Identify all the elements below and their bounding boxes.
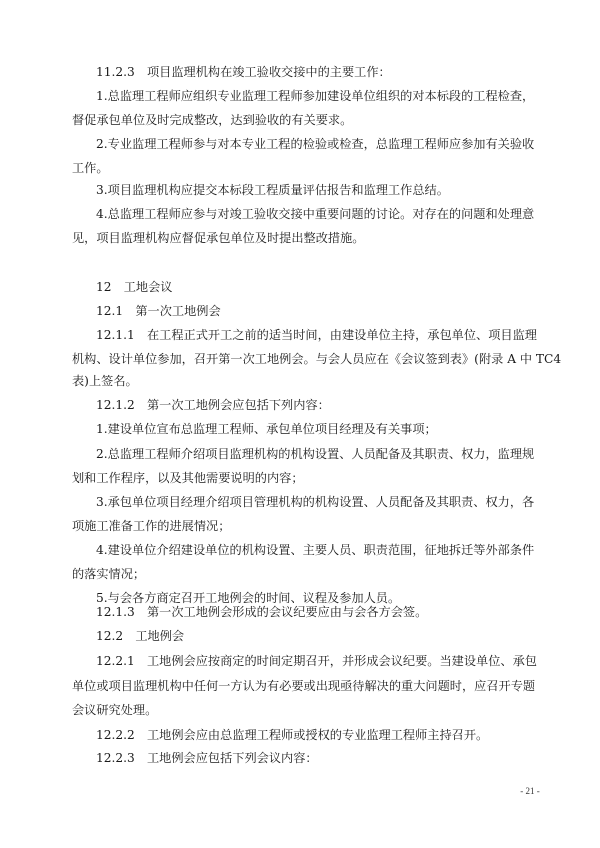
- text-line: 机构、设计单位参加，召开第一次工地例会。与会人员应在《会议签到表》(附录 A 中…: [72, 349, 532, 369]
- text-line: 划和工作程序，以及其他需要说明的内容；: [72, 468, 532, 488]
- text-line: 2.专业监理工程师参与对本专业工程的检验或检查，总监理工程师应参加有关验收: [96, 134, 532, 154]
- page-number: - 21 -: [500, 786, 560, 796]
- text-line: 11.2.3 项目监理机构在竣工验收交接中的主要工作：: [96, 62, 532, 82]
- text-line: 12.1.2 第一次工地例会应包括下列内容：: [96, 395, 532, 415]
- text-line: 12.1.1 在工程正式开工之前的适当时间，由建设单位主持，承包单位、项目监理: [96, 325, 532, 345]
- text-line: 3.承包单位项目经理介绍项目管理机构的机构设置、人员配备及其职责、权力，各: [96, 492, 532, 512]
- text-line: 会议研究处理。: [72, 700, 532, 720]
- text-line: 单位或项目监理机构中任何一方认为有必要或出现亟待解决的重大问题时，应召开专题: [72, 676, 532, 696]
- text-line: 的落实情况；: [72, 564, 532, 584]
- text-line: 12.2.3 工地例会应包括下列会议内容：: [96, 748, 532, 768]
- text-line: 督促承包单位及时完成整改，达到验收的有关要求。: [72, 110, 532, 130]
- text-line: 4.建设单位介绍建设单位的机构设置、主要人员、职责范围，征地拆迁等外部条件: [96, 540, 532, 560]
- text-line: 工作。: [72, 158, 532, 178]
- text-line: 3.项目监理机构应提交本标段工程质量评估报告和监理工作总结。: [96, 180, 532, 200]
- text-line: 12.2.2 工地例会应由总监理工程师或授权的专业监理工程师主持召开。: [96, 725, 532, 745]
- document-page: 11.2.3 项目监理机构在竣工验收交接中的主要工作：1.总监理工程师应组织专业…: [0, 0, 600, 848]
- text-line: 项施工准备工作的进展情况；: [72, 516, 532, 536]
- text-line: 12.2 工地例会: [96, 626, 532, 646]
- text-line: 12.1 第一次工地例会: [96, 301, 532, 321]
- text-line: 表)上签名。: [72, 371, 532, 391]
- text-line: 见，项目监理机构应督促承包单位及时提出整改措施。: [72, 228, 532, 248]
- text-line: 12.1.3 第一次工地例会形成的会议纪要应由与会各方会签。: [96, 602, 532, 622]
- text-line: 2.总监理工程师介绍项目监理机构的机构设置、人员配备及其职责、权力，监理规: [96, 444, 532, 464]
- text-line: 1.建设单位宣布总监理工程师、承包单位项目经理及有关事项；: [96, 419, 532, 439]
- text-line: 12 工地会议: [96, 277, 532, 297]
- text-line: 12.2.1 工地例会应按商定的时间定期召开，并形成会议纪要。当建设单位、承包: [96, 651, 532, 671]
- text-line: 1.总监理工程师应组织专业监理工程师参加建设单位组织的对本标段的工程检查，: [96, 86, 532, 106]
- text-line: 4.总监理工程师应参与对竣工验收交接中重要问题的讨论。对存在的问题和处理意: [96, 204, 532, 224]
